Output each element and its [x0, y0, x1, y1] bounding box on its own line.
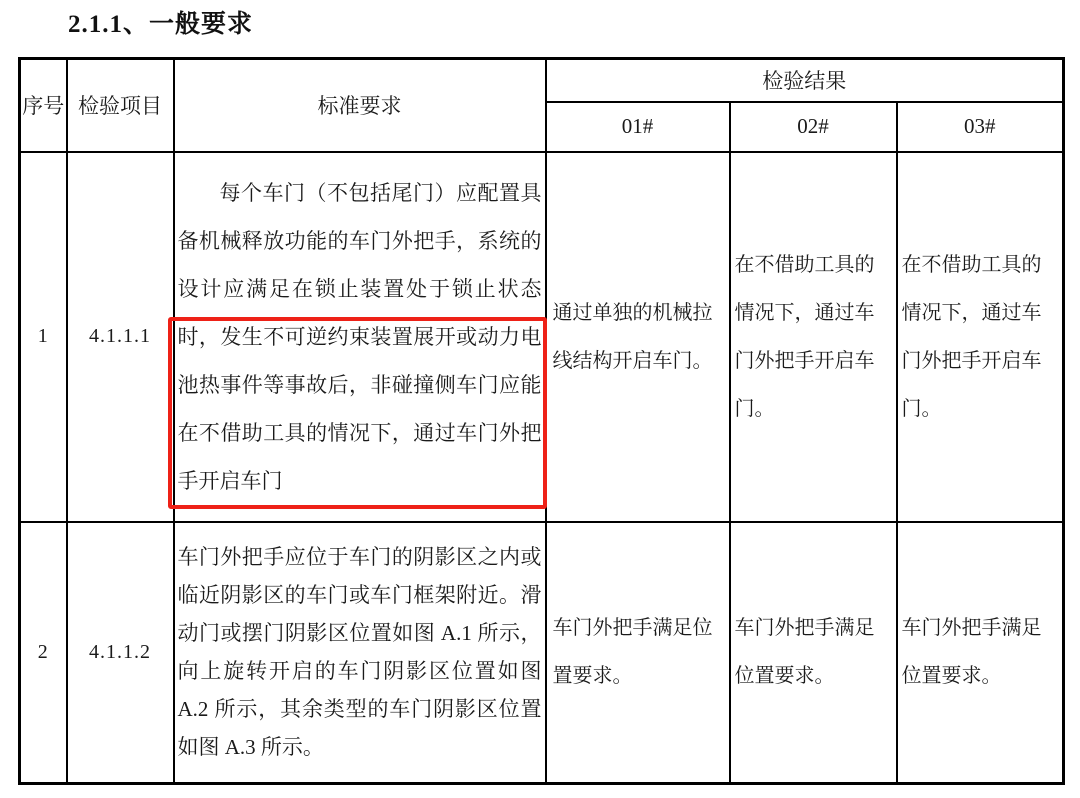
row-1-requirement-highlighted-text: 时，发生不可逆约束装置展开或动力电池热事件等事故后，非碰撞侧车门应能在不借助工具… — [178, 325, 542, 493]
table-row: 1 4.1.1.1 每个车门（不包括尾门）应配置具备机械释放功能的车门外把手，系… — [20, 152, 1064, 522]
row-1-result-03-text: 在不借助工具的情况下，通过车门外把手开启车门。 — [902, 241, 1061, 433]
header-no: 序号 — [20, 59, 67, 152]
table-row: 2 4.1.1.2 车门外把手应位于车门的阴影区之内或临近阴影区的车门或车门框架… — [20, 522, 1064, 784]
header-sample-02: 02# — [730, 102, 897, 152]
row-2-result-02: 车门外把手满足位置要求。 — [730, 522, 897, 784]
header-item: 检验项目 — [67, 59, 174, 152]
row-1-item: 4.1.1.1 — [67, 152, 174, 522]
row-1-result-03: 在不借助工具的情况下，通过车门外把手开启车门。 — [897, 152, 1064, 522]
row-1-requirement: 每个车门（不包括尾门）应配置具备机械释放功能的车门外把手，系统的设计应满足在锁止… — [174, 152, 546, 522]
row-2-requirement: 车门外把手应位于车门的阴影区之内或临近阴影区的车门或车门框架附近。滑动门或摆门阴… — [174, 522, 546, 784]
inspection-table: 序号 检验项目 标准要求 检验结果 01# 02# 03# 1 4.1.1.1 … — [18, 57, 1065, 785]
row-1-result-02: 在不借助工具的情况下，通过车门外把手开启车门。 — [730, 152, 897, 522]
row-2-result-03-text: 车门外把手满足位置要求。 — [902, 604, 1061, 700]
header-requirement: 标准要求 — [174, 59, 546, 152]
row-2-requirement-text: 车门外把手应位于车门的阴影区之内或临近阴影区的车门或车门框架附近。滑动门或摆门阴… — [178, 538, 542, 766]
header-sample-01: 01# — [546, 102, 730, 152]
row-1-result-02-text: 在不借助工具的情况下，通过车门外把手开启车门。 — [735, 241, 894, 433]
row-1-result-01-text: 通过单独的机械拉线结构开启车门。 — [553, 289, 723, 385]
row-2-result-03: 车门外把手满足位置要求。 — [897, 522, 1064, 784]
row-1-no: 1 — [20, 152, 67, 522]
section-title: 2.1.1、一般要求 — [68, 4, 253, 40]
row-1-requirement-normal-text: 每个车门（不包括尾门）应配置具备机械释放功能的车门外把手，系统的设计应满足在锁止… — [178, 181, 542, 301]
header-result-group: 检验结果 — [546, 59, 1064, 102]
row-2-item: 4.1.1.2 — [67, 522, 174, 784]
header-sample-03: 03# — [897, 102, 1064, 152]
row-1-requirement-text: 每个车门（不包括尾门）应配置具备机械释放功能的车门外把手，系统的设计应满足在锁止… — [178, 169, 542, 505]
row-2-no: 2 — [20, 522, 67, 784]
row-1-result-01: 通过单独的机械拉线结构开启车门。 — [546, 152, 730, 522]
row-2-result-01: 车门外把手满足位置要求。 — [546, 522, 730, 784]
row-2-result-01-text: 车门外把手满足位置要求。 — [553, 604, 723, 700]
row-2-result-02-text: 车门外把手满足位置要求。 — [735, 604, 894, 700]
document-page: 2.1.1、一般要求 序号 检验项目 标准要求 检验结果 01# 02# 03# — [0, 0, 1080, 798]
